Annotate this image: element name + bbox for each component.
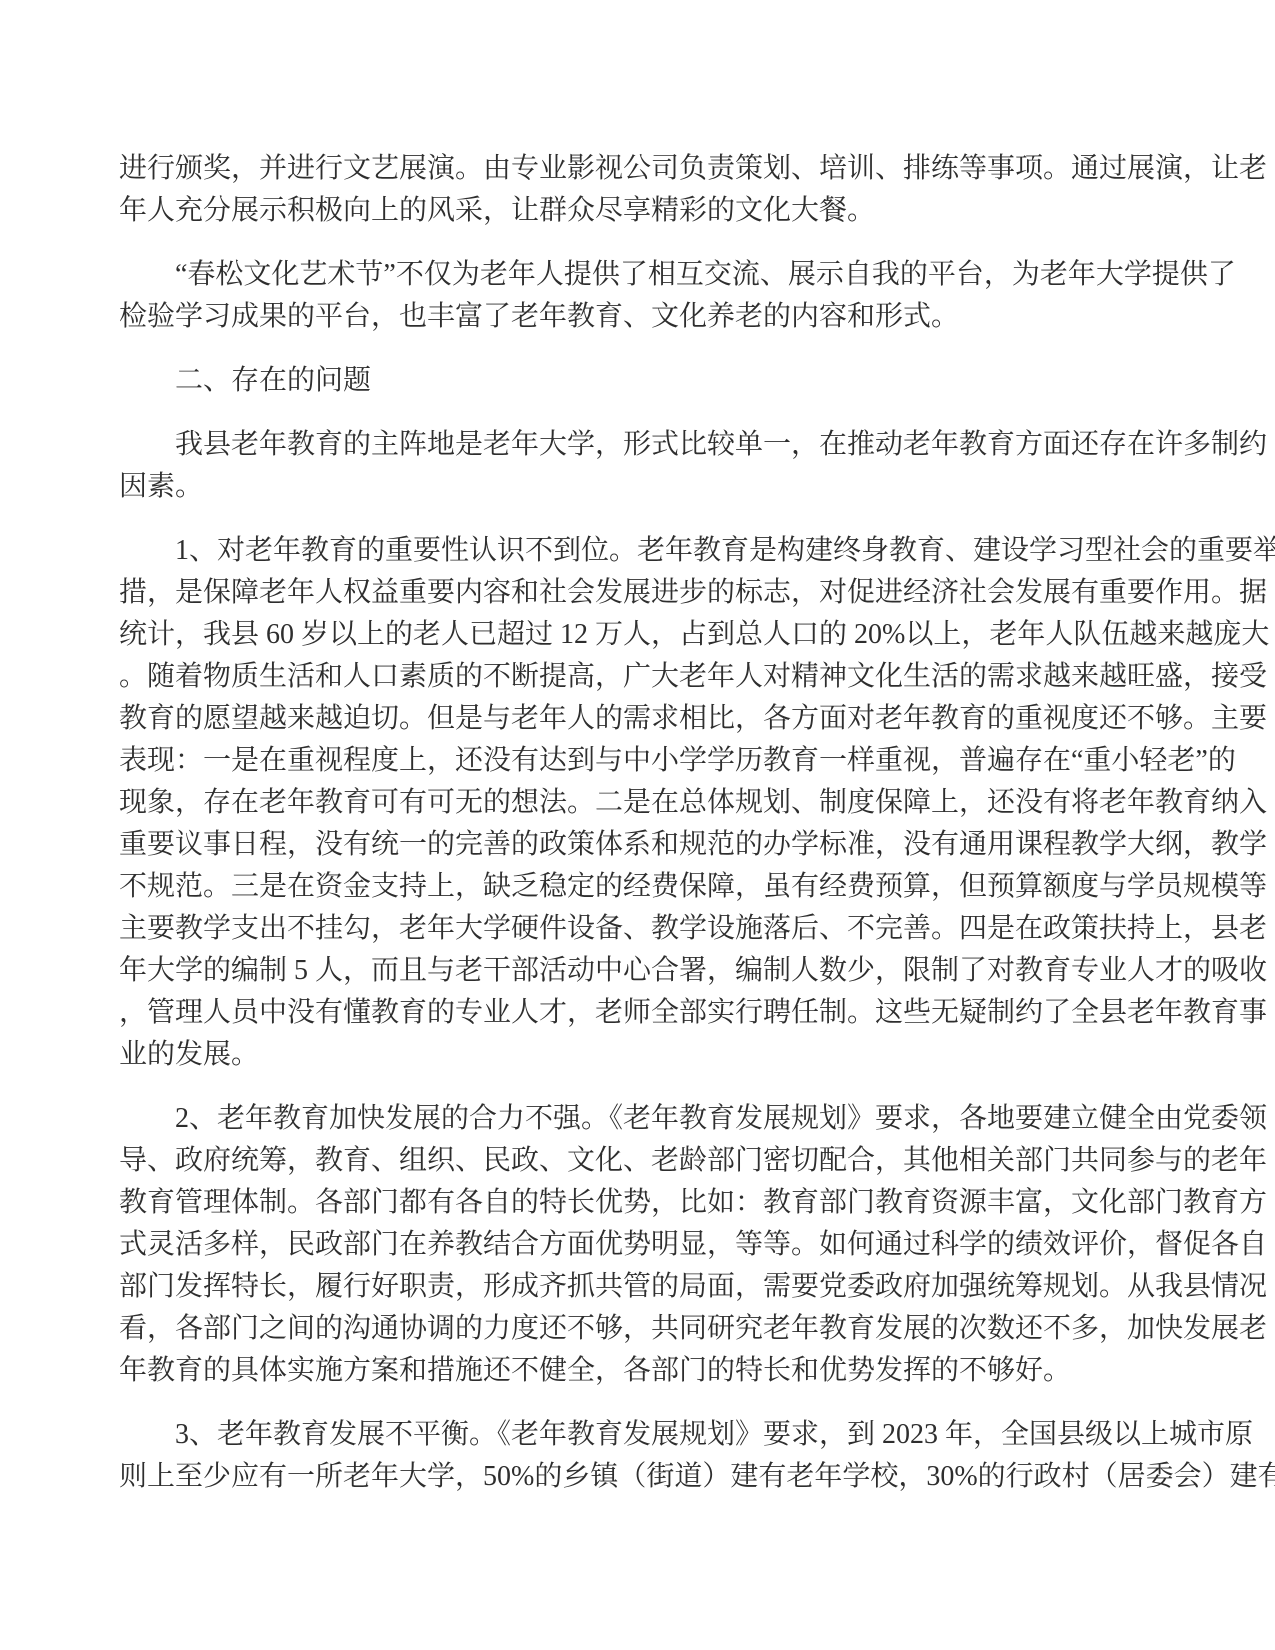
text-line: 看，各部门之间的沟通协调的力度还不够，共同研究老年教育发展的次数还不多，加快发展…	[119, 1308, 1159, 1350]
text-line: 我县老年教育的主阵地是老年大学，形式比较单一，在推动老年教育方面还存在许多制约	[119, 424, 1159, 466]
paragraph: 1、对老年教育的重要性认识不到位。老年教育是构建终身教育、建设学习型社会的重要举…	[119, 530, 1159, 1076]
text-line: 年人充分展示积极向上的风采，让群众尽享精彩的文化大餐。	[119, 190, 1159, 232]
paragraph: 3、老年教育发展不平衡。《老年教育发展规划》要求，到 2023 年，全国县级以上…	[119, 1414, 1159, 1498]
paragraph: 我县老年教育的主阵地是老年大学，形式比较单一，在推动老年教育方面还存在许多制约因…	[119, 424, 1159, 508]
text-line: 2、老年教育加快发展的合力不强。《老年教育发展规划》要求，各地要建立健全由党委领	[119, 1098, 1159, 1140]
text-line: 表现：一是在重视程度上，还没有达到与中小学学历教育一样重视，普遍存在“重小轻老”…	[119, 740, 1159, 782]
paragraph: “春松文化艺术节”不仅为老年人提供了相互交流、展示自我的平台，为老年大学提供了检…	[119, 254, 1159, 338]
text-line: 二、存在的问题	[119, 360, 1159, 402]
text-line: 年大学的编制 5 人，而且与老干部活动中心合署，编制人数少，限制了对教育专业人才…	[119, 950, 1159, 992]
section-heading: 二、存在的问题	[119, 360, 1159, 402]
paragraph: 进行颁奖，并进行文艺展演。由专业影视公司负责策划、培训、排练等事项。通过展演，让…	[119, 148, 1159, 232]
text-line: “春松文化艺术节”不仅为老年人提供了相互交流、展示自我的平台，为老年大学提供了	[119, 254, 1159, 296]
text-line: ，管理人员中没有懂教育的专业人才，老师全部实行聘任制。这些无疑制约了全县老年教育…	[119, 992, 1159, 1034]
text-line: 主要教学支出不挂勾，老年大学硬件设备、教学设施落后、不完善。四是在政策扶持上，县…	[119, 908, 1159, 950]
text-line: 1、对老年教育的重要性认识不到位。老年教育是构建终身教育、建设学习型社会的重要举	[119, 530, 1159, 572]
text-line: 。随着物质生活和人口素质的不断提高，广大老年人对精神文化生活的需求越来越旺盛，接…	[119, 656, 1159, 698]
text-line: 教育的愿望越来越迫切。但是与老年人的需求相比，各方面对老年教育的重视度还不够。主…	[119, 698, 1159, 740]
text-line: 部门发挥特长，履行好职责，形成齐抓共管的局面，需要党委政府加强统筹规划。从我县情…	[119, 1266, 1159, 1308]
text-line: 教育管理体制。各部门都有各自的特长优势，比如：教育部门教育资源丰富，文化部门教育…	[119, 1182, 1159, 1224]
document-page: 进行颁奖，并进行文艺展演。由专业影视公司负责策划、培训、排练等事项。通过展演，让…	[0, 0, 1275, 1650]
text-line: 检验学习成果的平台，也丰富了老年教育、文化养老的内容和形式。	[119, 296, 1159, 338]
text-line: 进行颁奖，并进行文艺展演。由专业影视公司负责策划、培训、排练等事项。通过展演，让…	[119, 148, 1159, 190]
text-line: 导、政府统筹，教育、组织、民政、文化、老龄部门密切配合，其他相关部门共同参与的老…	[119, 1140, 1159, 1182]
text-line: 措，是保障老年人权益重要内容和社会发展进步的标志，对促进经济社会发展有重要作用。…	[119, 572, 1159, 614]
text-line: 统计，我县 60 岁以上的老人已超过 12 万人，占到总人口的 20%以上，老年…	[119, 614, 1159, 656]
text-line: 则上至少应有一所老年大学，50%的乡镇（街道）建有老年学校，30%的行政村（居委…	[119, 1456, 1159, 1498]
text-line: 现象，存在老年教育可有可无的想法。二是在总体规划、制度保障上，还没有将老年教育纳…	[119, 782, 1159, 824]
paragraph: 2、老年教育加快发展的合力不强。《老年教育发展规划》要求，各地要建立健全由党委领…	[119, 1098, 1159, 1392]
text-line: 年教育的具体实施方案和措施还不健全，各部门的特长和优势发挥的不够好。	[119, 1350, 1159, 1392]
document-body: 进行颁奖，并进行文艺展演。由专业影视公司负责策划、培训、排练等事项。通过展演，让…	[119, 148, 1159, 1498]
text-line: 式灵活多样，民政部门在养教结合方面优势明显，等等。如何通过科学的绩效评价，督促各…	[119, 1224, 1159, 1266]
text-line: 3、老年教育发展不平衡。《老年教育发展规划》要求，到 2023 年，全国县级以上…	[119, 1414, 1159, 1456]
text-line: 因素。	[119, 466, 1159, 508]
text-line: 重要议事日程，没有统一的完善的政策体系和规范的办学标准，没有通用课程教学大纲，教…	[119, 824, 1159, 866]
text-line: 业的发展。	[119, 1034, 1159, 1076]
text-line: 不规范。三是在资金支持上，缺乏稳定的经费保障，虽有经费预算，但预算额度与学员规模…	[119, 866, 1159, 908]
